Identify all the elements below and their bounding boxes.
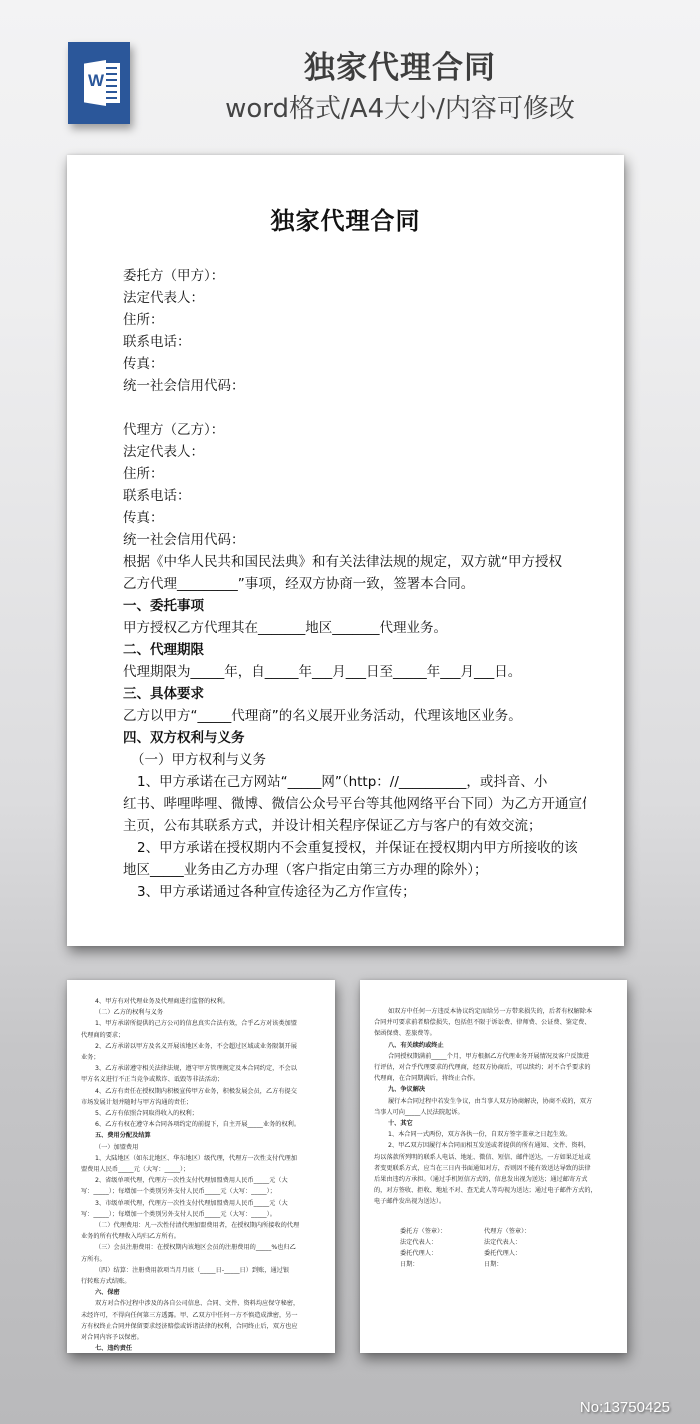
preview-line: 后果由违约方承担。（通过手机短信方式的，信息发出视为送达；通过邮寄方式 xyxy=(374,1174,613,1185)
preview-line: （二）代理费用：凡一次性付清代理加盟费用者，在授权期内所接收的代理 xyxy=(81,1220,321,1231)
header-subtitle: word格式/A4大小/内容可修改 xyxy=(180,88,620,125)
signature-field-left: 委托代理人： xyxy=(400,1248,484,1259)
preview-line: 行评估，对合乎代理要求的代理商，经双方协商后，可以续约；对不合乎要求的 xyxy=(374,1062,613,1073)
preview-page-3: 如双方中任何一方违反本协议约定而给另一方带来损失的，后者有权解除本合同并可要求前… xyxy=(360,980,627,1353)
preview-line: 1、本合同一式两份，双方各执一份，自双方签字盖章之日起生效。 xyxy=(374,1129,613,1140)
preview-line: （四）结算：注册费用款项当月月底（_____日-_____日）到账，通过银 xyxy=(81,1265,321,1276)
preview-line: 写：_____）；每增加一个类别另外支付人民币_____元（大写：_____）。 xyxy=(81,1209,321,1220)
party-b-fax: 传真： xyxy=(123,507,586,529)
preview-line: 方所有。 xyxy=(81,1254,321,1265)
preview-line: 2、甲乙双方因履行本合同而相互发送或者提供的所有通知、文件、资料， xyxy=(374,1140,613,1151)
party-b-legal-rep: 法定代表人： xyxy=(123,441,586,463)
preview-line: 五、费用分配及结算 xyxy=(81,1130,321,1141)
preview-line: 双方对合作过程中涉及的各自公司信息、合同、文件、资料均应保守秘密， xyxy=(81,1298,321,1309)
signature-field-left: 委托方（签章）： xyxy=(400,1226,484,1237)
preview-line: （一）加盟费用 xyxy=(81,1142,321,1153)
signature-field-right: 委托代理人： xyxy=(484,1248,574,1259)
party-a-phone: 联系电话： xyxy=(123,331,586,353)
signature-field-right: 日期： xyxy=(484,1259,574,1270)
preview-line: 1、大陆地区（如东北地区、华东地区）级代理，代理方一次性支付代理加 xyxy=(81,1153,321,1164)
preview-line: 未经许可，不得向任何第三方透露。甲、乙双方中任何一方不慎造成泄密，另一 xyxy=(81,1310,321,1321)
section-4-item-2a: 2、甲方承诺在授权期内不会重复授权，并保证在授权期内甲方所接收的该 xyxy=(123,837,586,859)
preview-line: 3、乙方承诺遵守相关法律法规，遵守甲方管理规定及本合同约定，不会以 xyxy=(81,1063,321,1074)
section-4-item-2b: 地区_____业务由乙方办理（客户指定由第三方办理的除外）； xyxy=(123,859,586,881)
document-title: 独家代理合同 xyxy=(67,201,624,236)
section-4-item-1a: 1、甲方承诺在己方网站“_____网”（http：//__________，或抖… xyxy=(123,771,586,793)
preview-line: 如双方中任何一方违反本协议约定而给另一方带来损失的，后者有权解除本 xyxy=(374,1006,613,1017)
preview-line: 合同并可要求前者赔偿损失，包括但不限于诉讼费、律师费、公证费、鉴定费、 xyxy=(374,1017,613,1028)
section-2-heading: 二、代理期限 xyxy=(123,639,586,661)
section-3-heading: 三、具体要求 xyxy=(123,683,586,705)
preview-line: 代理商，在合同期满后，将终止合作。 xyxy=(374,1073,613,1084)
word-letter: W xyxy=(86,71,106,91)
preview-line: 4、乙方有责任在授权期内积极宣传甲方业务，积极发展会员，乙方有提交 xyxy=(81,1086,321,1097)
preview-line: 1、甲方承诺所提供的己方公司的信息真实合法有效，合乎乙方对该类加盟 xyxy=(81,1018,321,1029)
preview-line: 六、保密 xyxy=(81,1287,321,1298)
preview-line: 合同授权期满前_____个月，甲方根据乙方代理业务开展情况及客户反馈进 xyxy=(374,1051,613,1062)
party-a-fax: 传真： xyxy=(123,353,586,375)
party-a-address: 住所： xyxy=(123,309,586,331)
party-b-phone: 联系电话： xyxy=(123,485,586,507)
word-document-icon: W xyxy=(68,42,130,124)
party-b-credit-code: 统一社会信用代码： xyxy=(123,529,586,551)
signature-field-left: 日期： xyxy=(400,1259,484,1270)
preview-line: 当事人可向_____人民法院起诉。 xyxy=(374,1107,613,1118)
section-4-item-1b: 红书、哔哩哔哩、微博、微信公众号平台等其他网络平台下同）为乙方开通宣传 xyxy=(123,793,586,815)
section-1-heading: 一、委托事项 xyxy=(123,595,586,617)
preview-line: 对合同内容予以保密。 xyxy=(81,1332,321,1343)
section-4-subheading: （一）甲方权利与义务 xyxy=(123,749,586,771)
party-a-label: 委托方（甲方）： xyxy=(123,265,586,287)
preview-line: 6、乙方有权在遵守本合同各项约定的前提下，自主开展_____业务的权利。 xyxy=(81,1119,321,1130)
main-document-page: 独家代理合同 委托方（甲方）： 法定代表人： 住所： 联系电话： 传真： 统一社… xyxy=(67,155,624,946)
signature-field-right: 代理方（签章）： xyxy=(484,1226,574,1237)
preview-line: 电子邮件发出视为送达）。 xyxy=(374,1196,613,1207)
preview-page-2: 4、甲方有对代理业务及代理商进行监督的权利。（二）乙方的权利与义务1、甲方承诺所… xyxy=(67,980,335,1353)
spacer xyxy=(123,397,586,419)
preview-line: 4、甲方有对代理业务及代理商进行监督的权利。 xyxy=(81,996,321,1007)
preview-line: 甲方名义进行不正当竞争或欺诈、诋毁等非法活动； xyxy=(81,1074,321,1085)
preview-line: 十、其它 xyxy=(374,1118,613,1129)
preview-line: 保函保费、差旅费等。 xyxy=(374,1028,613,1039)
signature-block: 委托方（签章）：代理方（签章）：法定代表人：法定代表人：委托代理人：委托代理人：… xyxy=(374,1226,613,1270)
preview-line: 九、争议解决 xyxy=(374,1084,613,1095)
preview-line: 2、乙方承诺以甲方及名义开展该地区业务，不会超过区域或业务限制开展 xyxy=(81,1041,321,1052)
party-b-address: 住所： xyxy=(123,463,586,485)
preamble-line-1: 根据《中华人民共和国民法典》和有关法律法规的规定，双方就“甲方授权 xyxy=(123,551,586,573)
section-4-item-1c: 主页，公布其联系方式，并设计相关程序保证乙方与客户的有效交流； xyxy=(123,815,586,837)
preview-line: 写：_____）；每增加一个类别另外支付人民币_____元（大写：_____）； xyxy=(81,1186,321,1197)
preview-line: 履行本合同过程中若发生争议，由当事人双方协商解决，协商不成的，双方 xyxy=(374,1096,613,1107)
preview-line: 5、乙方有依照合同取得收入的权利； xyxy=(81,1108,321,1119)
preview-page-3-body: 如双方中任何一方违反本协议约定而给另一方带来损失的，后者有权解除本合同并可要求前… xyxy=(374,1006,613,1270)
preamble-line-2: 乙方代理_________”事项，经双方协商一致，签署本合同。 xyxy=(123,573,586,595)
preview-line: 方有权终止合同并保留要求经济赔偿或诉诸法律的权利，合同终止后，双方也应 xyxy=(81,1321,321,1332)
party-b-label: 代理方（乙方）： xyxy=(123,419,586,441)
section-2-text: 代理期限为_____年，自_____年___月___日至_____年___月__… xyxy=(123,661,586,683)
preview-line: 代理商的要求； xyxy=(81,1030,321,1041)
preview-line: 者变更联系方式，应当在三日内书面通知对方，否则因不能有效送达导致的法律 xyxy=(374,1163,613,1174)
preview-line: 行转账方式结账。 xyxy=(81,1276,321,1287)
signature-field-right: 法定代表人： xyxy=(484,1237,574,1248)
image-number: No:13750425 xyxy=(580,1399,670,1416)
party-a-legal-rep: 法定代表人： xyxy=(123,287,586,309)
signature-field-left: 法定代表人： xyxy=(400,1237,484,1248)
preview-line: （二）乙方的权利与义务 xyxy=(81,1007,321,1018)
party-a-credit-code: 统一社会信用代码： xyxy=(123,375,586,397)
preview-line: 的，对方签收、拒收、地址不对、查无此人等均视为送达；通过电子邮件方式的， xyxy=(374,1185,613,1196)
preview-line: 业务； xyxy=(81,1052,321,1063)
preview-line: （三）会员注册费用：在授权期内该地区会员的注册费用的_____%也归乙 xyxy=(81,1242,321,1253)
preview-page-2-body: 4、甲方有对代理业务及代理商进行监督的权利。（二）乙方的权利与义务1、甲方承诺所… xyxy=(81,996,321,1355)
preview-line: 七、违约责任 xyxy=(81,1343,321,1354)
preview-line: 均以落款所列明的联系人电话、地址、微信、短信、邮件送达，一方如果迁址或 xyxy=(374,1152,613,1163)
preview-line: 业务的所有代理收入均归乙方所有。 xyxy=(81,1231,321,1242)
header-title: 独家代理合同 xyxy=(180,42,620,87)
preview-line: 3、市级单项代理，代理方一次性支付代理加盟费用人民币_____元（大 xyxy=(81,1198,321,1209)
section-3-text: 乙方以甲方“_____代理商”的名义展开业务活动，代理该地区业务。 xyxy=(123,705,586,727)
section-4-item-3: 3、甲方承诺通过各种宣传途径为乙方作宣传； xyxy=(123,881,586,903)
preview-line: 盟费用人民币_____元（大写：_____）； xyxy=(81,1164,321,1175)
preview-line: 市场发展计划并随时与甲方沟通的责任； xyxy=(81,1097,321,1108)
section-1-text: 甲方授权乙方代理其在_______地区_______代理业务。 xyxy=(123,617,586,639)
document-body: 委托方（甲方）： 法定代表人： 住所： 联系电话： 传真： 统一社会信用代码： … xyxy=(123,265,586,903)
preview-line: 2、省级单项代理，代理方一次性支付代理加盟费用人民币_____元（大 xyxy=(81,1175,321,1186)
preview-line: 八、有关续约或终止 xyxy=(374,1040,613,1051)
section-4-heading: 四、双方权利与义务 xyxy=(123,727,586,749)
